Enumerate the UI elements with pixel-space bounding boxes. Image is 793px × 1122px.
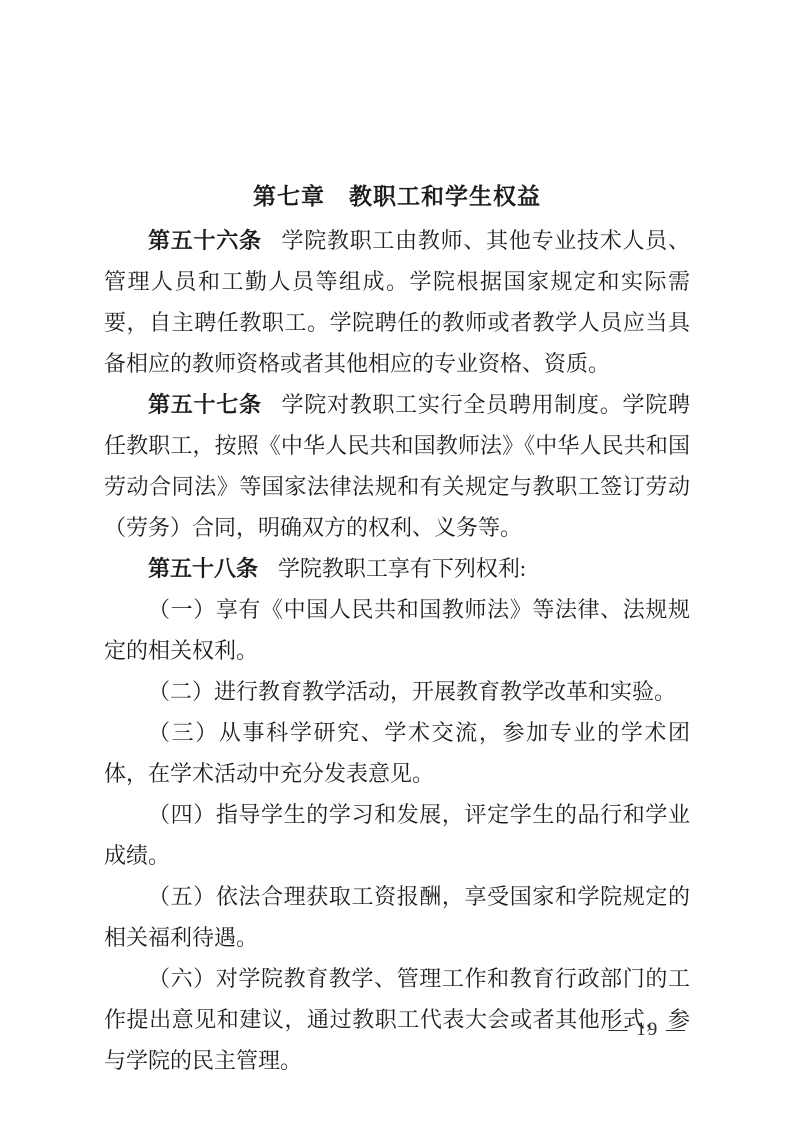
page-number: — 19 — (609, 1019, 688, 1040)
article-57-number: 第五十七条 (148, 392, 262, 417)
chapter-title: 第七章 教职工和学生权益 (104, 176, 690, 217)
list-item-2: （二）进行教育教学活动，开展教育教学改革和实验。 (104, 671, 690, 712)
page-footer: — 19 — (609, 1018, 688, 1042)
list-item-6: （六）对学院教育教学、管理工作和教育行政部门的工作提出意见和建议，通过教职工代表… (104, 958, 690, 1081)
article-58-text: 学院教职工享有下列权利: (278, 556, 526, 581)
article-57: 第五十七条学院对教职工实行全员聘用制度。学院聘任教职工，按照《中华人民共和国教师… (104, 384, 690, 548)
article-56: 第五十六条学院教职工由教师、其他专业技术人员、管理人员和工勤人员等组成。学院根据… (104, 220, 690, 384)
article-58: 第五十八条学院教职工享有下列权利: (104, 548, 690, 589)
list-item-1: （一）享有《中国人民共和国教师法》等法律、法规规定的相关权利。 (104, 589, 690, 671)
article-58-number: 第五十八条 (148, 556, 258, 581)
rights-list: （一）享有《中国人民共和国教师法》等法律、法规规定的相关权利。 （二）进行教育教… (104, 589, 690, 1081)
page-content: 第七章 教职工和学生权益 第五十六条学院教职工由教师、其他专业技术人员、管理人员… (104, 176, 690, 1081)
article-56-number: 第五十六条 (148, 228, 262, 253)
list-item-5: （五）依法合理获取工资报酬，享受国家和学院规定的相关福利待遇。 (104, 876, 690, 958)
list-item-3: （三）从事科学研究、学术交流，参加专业的学术团体，在学术活动中充分发表意见。 (104, 712, 690, 794)
document-page: 第七章 教职工和学生权益 第五十六条学院教职工由教师、其他专业技术人员、管理人员… (0, 0, 793, 1122)
list-item-4: （四）指导学生的学习和发展，评定学生的品行和学业成绩。 (104, 794, 690, 876)
